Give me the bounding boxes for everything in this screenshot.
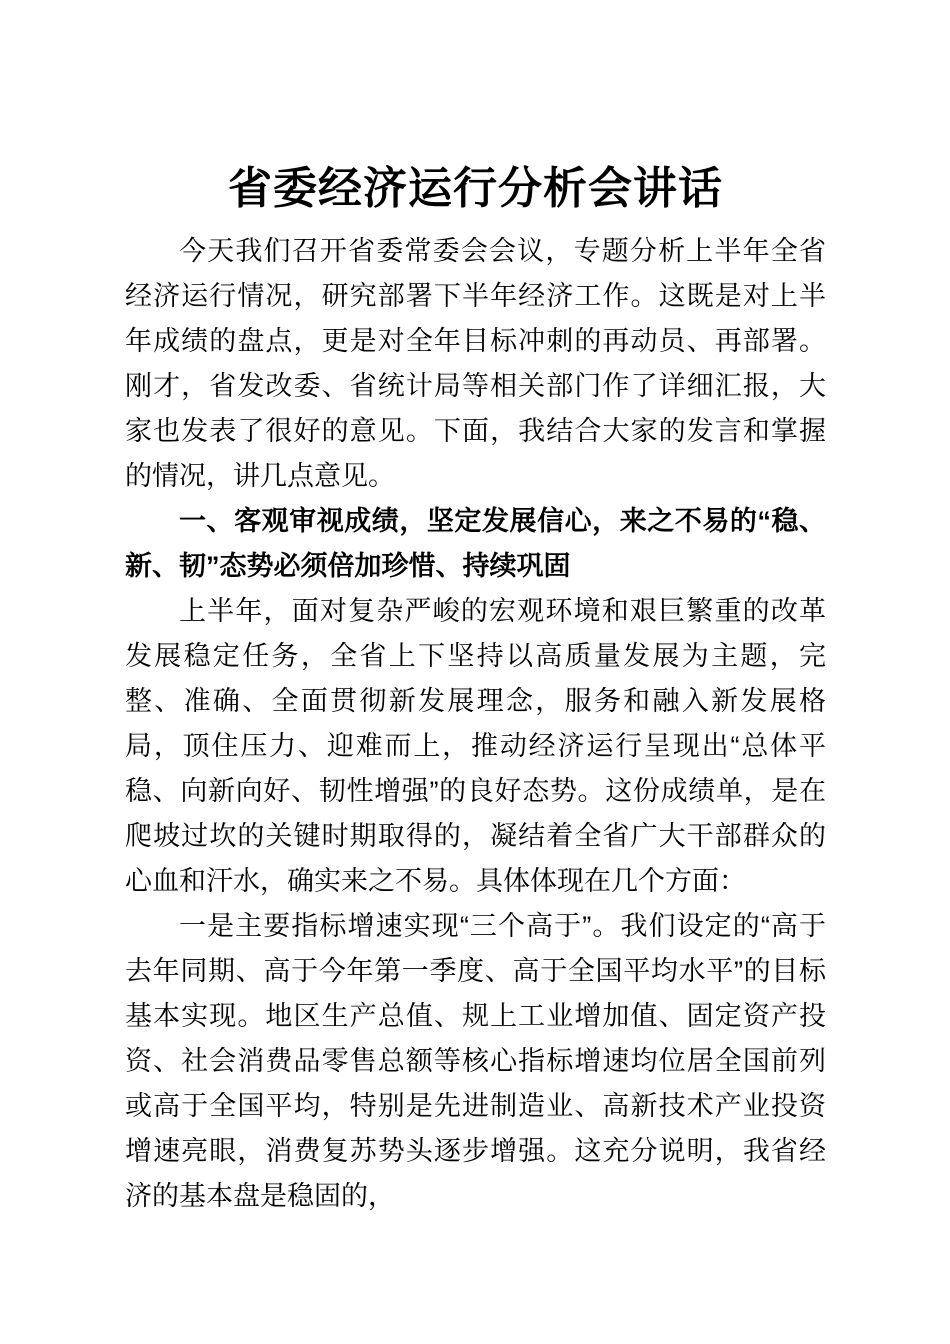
paragraph-point-one: 一是主要指标增速实现“三个高于”。我们设定的“高于去年同期、高于今年第一季度、高…: [125, 904, 826, 1219]
section-heading-1: 一、客观审视成绩，坚定发展信心，来之不易的“稳、新、韧”态势必须倍加珍惜、持续巩…: [125, 499, 826, 589]
document-content: 省委经济运行分析会讲话 今天我们召开省委常委会会议，专题分析上半年全省经济运行情…: [0, 0, 950, 1219]
document-title: 省委经济运行分析会讲话: [125, 163, 826, 215]
document-page: 省委经济运行分析会讲话 今天我们召开省委常委会会议，专题分析上半年全省经济运行情…: [0, 0, 950, 1344]
paragraph-achievements-overview: 上半年，面对复杂严峻的宏观环境和艰巨繁重的改革发展稳定任务，全省上下坚持以高质量…: [125, 589, 826, 904]
paragraph-intro: 今天我们召开省委常委会会议，专题分析上半年全省经济运行情况，研究部署下半年经济工…: [125, 229, 826, 499]
